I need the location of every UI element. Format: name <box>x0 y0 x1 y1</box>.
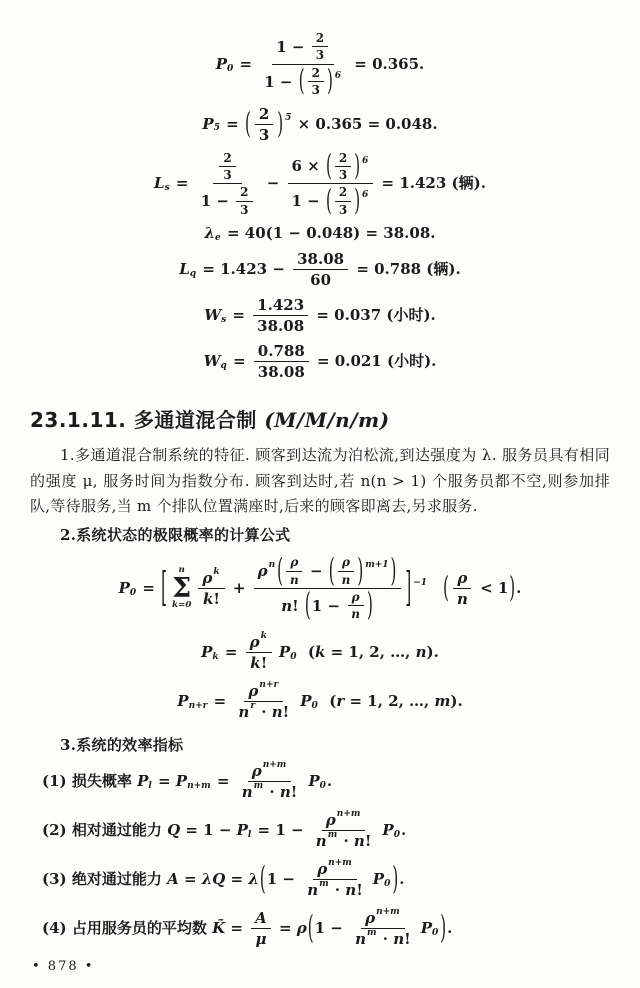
math-it: n <box>242 783 253 801</box>
math-txt: ( <box>319 692 337 711</box>
math-sup: m <box>319 879 329 890</box>
math-txt: 2 <box>339 185 347 199</box>
math-txt: = <box>220 643 243 662</box>
math-big: [ <box>161 568 167 609</box>
math-frac: ρn <box>453 569 472 608</box>
math-it: L <box>154 174 165 193</box>
math-it: A <box>167 870 179 889</box>
paragraph-limit-probability-heading: 2.系统状态的极限概率的计算公式 <box>30 524 610 545</box>
math-txt: 1 − <box>201 192 234 210</box>
math-txt: 38.08 <box>258 363 305 381</box>
math-it: P <box>279 643 290 662</box>
fraction-numerator: ρn+r <box>244 682 283 702</box>
fraction-numerator: ρ <box>348 590 364 606</box>
math-sup: m <box>254 781 264 792</box>
math-txt: 0.788 <box>258 342 305 360</box>
math-sup: m+1 <box>365 560 388 571</box>
efficiency-item-relative-capacity: (2) 相对通过能力 Q = 1 − Pl = 1 − ρn+mnm · n!P… <box>30 811 610 850</box>
fraction-denominator: 3 <box>312 47 328 62</box>
math-txt: 3 <box>339 203 347 217</box>
math-frac: ρn <box>286 555 303 587</box>
equation-Ls-example: Ls = 231 − 23 − 6 × (23)61 − (23)6 = 1.4… <box>30 151 610 218</box>
fraction-numerator: 2 <box>236 185 252 201</box>
fraction-denominator: nm · n! <box>312 831 376 850</box>
textbook-page: P0 = 1 − 231 − (23)6 = 0.365. P5 = (23)5… <box>0 0 640 988</box>
math-it: k <box>315 643 325 662</box>
math-sub: 0 <box>394 830 400 841</box>
math-txt: = <box>212 772 235 791</box>
fraction-numerator: ρn(ρn − (ρn)m+1) <box>254 555 402 589</box>
math-sub: 0 <box>130 588 136 599</box>
math-sub: e <box>215 233 221 244</box>
math-frac: 23 <box>219 151 235 183</box>
math-txt: = <box>171 174 194 193</box>
math-txt: = <box>228 352 251 371</box>
math-txt: = <box>221 115 244 134</box>
math-sub: l <box>148 781 151 792</box>
math-it: ρ <box>252 762 262 780</box>
math-txt: . <box>401 821 406 840</box>
math-frac: 23 <box>308 66 324 98</box>
math-big: ( <box>443 574 449 603</box>
fraction-numerator: ρk <box>246 633 272 653</box>
fraction-numerator: ρn+m <box>248 762 292 782</box>
equation-P5-example: P5 = (23)5 × 0.365 = 0.048. <box>30 105 610 144</box>
math-sub: 0 <box>320 781 326 792</box>
math-sub: s <box>165 183 170 194</box>
math-it: ρ <box>202 569 212 587</box>
fraction-numerator: 6 × (23)6 <box>288 151 374 185</box>
fraction-denominator: 3 <box>335 167 351 182</box>
math-sup: n+m <box>337 809 361 820</box>
math-txt: = 1 − <box>180 821 236 840</box>
fraction-denominator: 3 <box>236 202 252 217</box>
math-it: ρ <box>250 633 260 651</box>
math-frac: ρn+mnm · n! <box>238 762 302 801</box>
math-big: ( <box>326 187 332 216</box>
math-it: n <box>342 573 351 587</box>
math-txt: (4) 占用服务员的平均数 <box>42 919 212 938</box>
page-number: • 878 • <box>30 959 610 974</box>
math-frac: 1 − 231 − (23)6 <box>260 31 346 98</box>
math-it: n <box>238 703 249 721</box>
fraction-denominator: 38.08 <box>253 316 308 335</box>
math-sup: k <box>261 631 267 642</box>
math-it: λQ <box>202 870 226 889</box>
fraction-denominator: 1 − (23)6 <box>260 65 346 98</box>
math-txt: · <box>256 703 272 721</box>
math-txt: = <box>225 919 248 938</box>
math-it: ρ <box>352 590 360 604</box>
math-txt: 3 <box>316 48 324 62</box>
fraction-numerator: 2 <box>308 66 324 82</box>
math-it: n <box>457 590 468 608</box>
math-txt: · <box>378 930 394 948</box>
math-it: n <box>351 607 360 621</box>
math-sub: q <box>190 269 196 280</box>
math-txt: 3 <box>312 83 320 97</box>
math-it: P <box>177 692 188 711</box>
math-txt: 2 <box>223 151 231 165</box>
math-it: n <box>281 597 292 615</box>
math-txt: = 0.788 (辆). <box>351 260 461 279</box>
math-it: n <box>307 881 318 899</box>
math-txt: 3 <box>339 168 347 182</box>
math-txt: = 1.423 (辆). <box>376 174 486 193</box>
math-sub: s <box>221 315 226 326</box>
equation-lambda-eff: λe = 40(1 − 0.048) = 38.08. <box>30 224 610 243</box>
math-txt: 2 <box>259 105 269 123</box>
math-txt: · <box>264 783 280 801</box>
math-txt: 38.08 <box>297 250 344 268</box>
math-frac: 6 × (23)61 − (23)6 <box>288 151 374 218</box>
math-txt: 2 <box>240 185 248 199</box>
equation-Lq-example: Lq = 1.423 − 38.0860 = 0.788 (辆). <box>30 250 610 289</box>
fraction-denominator: n <box>338 572 355 587</box>
fraction-numerator: ρ <box>338 555 354 571</box>
section-kendall-notation: (M/M/n/m) <box>264 408 389 432</box>
math-it: ρ <box>326 811 336 829</box>
math-txt: ! <box>291 783 298 801</box>
math-txt: × 0.365 = 0.048. <box>292 115 437 134</box>
math-sub: 0 <box>227 64 233 75</box>
efficiency-item-absolute-capacity: (3) 绝对通过能力 A = λQ = λ(1 − ρn+mnm · n!P0)… <box>30 860 610 899</box>
math-big: ( <box>305 590 311 622</box>
math-it: k <box>203 590 213 608</box>
math-txt: . <box>327 772 332 791</box>
math-sup: n+m <box>328 858 352 869</box>
math-txt: (2) 相对通过能力 <box>42 821 167 840</box>
math-big: ( <box>277 555 283 587</box>
math-txt: . <box>399 870 404 889</box>
math-frac: 23 <box>312 31 328 63</box>
math-it: n <box>345 881 356 899</box>
fraction-denominator: 60 <box>306 270 335 289</box>
math-txt: < 1 <box>475 579 508 598</box>
math-txt: = 1.423 − <box>197 260 290 279</box>
fraction-numerator: ρn+m <box>313 860 357 880</box>
efficiency-item-loss-probability: (1) 损失概率 Pl = Pn+m = ρn+mnm · n!P0. <box>30 762 610 801</box>
fraction-numerator: 2 <box>312 31 328 47</box>
math-frac: 23 <box>236 185 252 217</box>
math-txt: ! <box>365 832 372 850</box>
math-it: P <box>237 821 248 840</box>
fraction-denominator: nm · n! <box>351 929 415 948</box>
math-txt: = <box>153 772 176 791</box>
math-frac: ρn+mnm · n! <box>312 811 376 850</box>
math-txt: = 40(1 − 0.048) = 38.08. <box>222 224 436 243</box>
math-txt: ! <box>356 881 363 899</box>
worked-example-equations: P0 = 1 − 231 − (23)6 = 0.365. P5 = (23)5… <box>30 24 610 388</box>
math-big: ) <box>391 555 397 587</box>
math-it: μ <box>255 930 266 948</box>
math-frac: 231 − 23 <box>197 151 259 218</box>
math-big: ) <box>509 574 515 603</box>
math-sub: l <box>248 830 251 841</box>
math-txt: = 0.037 (小时). <box>311 306 436 325</box>
math-txt: 1 − <box>267 870 300 889</box>
fraction-numerator: ρn+m <box>361 909 405 929</box>
fraction-denominator: 3 <box>219 167 235 182</box>
fraction-denominator: 3 <box>335 202 351 217</box>
math-frac: 23 <box>255 105 273 144</box>
fraction-denominator: n <box>286 572 303 587</box>
math-it: λ <box>205 224 216 243</box>
math-frac: ρkk! <box>198 569 224 608</box>
math-it: ρ <box>248 682 258 700</box>
fraction-numerator: 0.788 <box>254 342 309 362</box>
fraction-denominator: 38.08 <box>254 362 309 381</box>
math-sub: n+m <box>187 781 211 792</box>
math-frac: ρn+mnm · n! <box>351 909 415 948</box>
formula-P0-general: P0 = [nΣk=0ρkk! + ρn(ρn − (ρn)m+1)n! (1 … <box>30 555 610 622</box>
fraction-denominator: 1 − 23 <box>197 184 259 217</box>
section-title: 多通道混合制 <box>134 408 257 432</box>
math-txt: ! <box>213 590 220 608</box>
math-it: ρ <box>317 860 327 878</box>
math-it: K̄ <box>212 919 225 938</box>
fraction-numerator: 2 <box>255 105 273 125</box>
math-txt: ! <box>283 703 290 721</box>
fraction-denominator: n! (1 − ρn) <box>277 589 378 622</box>
math-txt: 6 × <box>292 157 325 175</box>
math-sup: 6 <box>362 156 368 167</box>
paragraph-system-features: 1.多通道混合制系统的特征. 顾客到达流为泊松流,到达强度为 λ. 服务员具有相… <box>30 443 610 520</box>
math-frac: ρn+rnr · n! <box>234 682 293 721</box>
math-it: n <box>393 930 404 948</box>
math-it: P <box>300 692 311 711</box>
math-it: n <box>272 703 283 721</box>
math-txt: 3 <box>259 126 269 144</box>
math-big: ) <box>354 152 360 181</box>
math-sub: 0 <box>290 652 296 663</box>
math-sub: 0 <box>384 879 390 890</box>
equation-Wq-example: Wq = 0.78838.08 = 0.021 (小时). <box>30 342 610 381</box>
math-txt: = <box>208 692 231 711</box>
math-txt: (1) 损失概率 <box>42 772 137 791</box>
fraction-numerator: 1 − 23 <box>272 31 334 65</box>
math-txt: − <box>262 174 285 193</box>
math-sup: r <box>250 701 255 712</box>
math-txt: 1 − <box>276 38 309 56</box>
math-frac: 0.78838.08 <box>254 342 309 381</box>
math-it: A <box>255 909 267 927</box>
math-txt: + <box>228 579 251 598</box>
math-txt: ( <box>297 643 315 662</box>
math-txt: 3 <box>240 203 248 217</box>
math-txt: 1.423 <box>257 296 304 314</box>
math-it: n <box>290 573 299 587</box>
math-it: Q <box>167 821 180 840</box>
sum-lower-limit: k=0 <box>172 601 191 611</box>
math-it: P <box>202 115 213 134</box>
math-it: m <box>434 692 450 711</box>
math-sum: nΣk=0 <box>172 566 191 611</box>
math-it: P <box>308 772 319 791</box>
math-it: n <box>354 832 365 850</box>
math-txt: ! <box>404 930 411 948</box>
fraction-denominator: k! <box>199 589 224 608</box>
math-sup: n+m <box>376 907 400 918</box>
math-it: k <box>250 654 260 672</box>
efficiency-item-avg-busy-servers: (4) 占用服务员的平均数 K̄ = Aμ = ρ(1 − ρn+mnm · n… <box>30 909 610 948</box>
math-txt: = 1, 2, …, <box>325 643 415 662</box>
fraction-numerator: ρ <box>453 569 471 589</box>
math-frac: 1.42338.08 <box>253 296 308 335</box>
fraction-denominator: μ <box>251 929 270 948</box>
math-txt: 1 − <box>312 597 345 615</box>
math-it: P <box>382 821 393 840</box>
math-frac: ρn <box>338 555 355 587</box>
math-frac: ρn <box>347 590 364 622</box>
equation-P0-example: P0 = 1 − 231 − (23)6 = 0.365. <box>30 31 610 98</box>
math-frac: ρkk! <box>246 633 272 672</box>
math-sub: 0 <box>432 928 438 939</box>
math-it: P <box>373 870 384 889</box>
math-frac: ρn+mnm · n! <box>303 860 367 899</box>
math-txt: = <box>179 870 202 889</box>
math-big: ( <box>329 555 335 587</box>
fraction-denominator: nm · n! <box>303 880 367 899</box>
math-sup: m <box>367 928 377 939</box>
math-txt: = <box>227 306 250 325</box>
fraction-denominator: 3 <box>255 125 273 144</box>
math-it: λ <box>248 870 259 889</box>
math-it: P <box>137 772 148 791</box>
math-it: n <box>416 643 427 662</box>
math-big: ( <box>308 913 314 945</box>
math-it: ρ <box>290 555 298 569</box>
math-it: ρ <box>342 555 350 569</box>
fraction-numerator: 2 <box>219 151 235 167</box>
fraction-denominator: n <box>347 606 364 621</box>
section-number: 23.1.11. <box>30 408 126 432</box>
math-sup: 6 <box>335 71 341 82</box>
math-frac: ρn(ρn − (ρn)m+1)n! (1 − ρn) <box>254 555 402 622</box>
fraction-numerator: A <box>251 909 271 929</box>
fraction-numerator: 1.423 <box>253 296 308 316</box>
math-txt: = 0.365. <box>349 55 424 74</box>
math-txt: 2 <box>312 66 320 80</box>
fraction-numerator: ρn+m <box>322 811 366 831</box>
math-it: n <box>280 783 291 801</box>
math-sub: q <box>220 361 226 372</box>
math-big: ) <box>392 864 398 896</box>
fraction-numerator: ρk <box>198 569 224 589</box>
fraction-denominator: k! <box>246 653 271 672</box>
formula-Pn-plus-r: Pn+r = ρn+rnr · n!P0 (r = 1, 2, …, m). <box>30 682 610 721</box>
fraction-numerator: 2 <box>335 185 351 201</box>
math-frac: Aμ <box>251 909 271 948</box>
math-it: n <box>316 832 327 850</box>
math-big: ( <box>245 110 251 139</box>
math-big: ) <box>367 590 373 622</box>
math-txt: ). <box>450 692 462 711</box>
math-big: ) <box>440 913 446 945</box>
math-it: P <box>216 55 227 74</box>
paragraph-efficiency-heading: 3.系统的效率指标 <box>30 734 610 755</box>
math-it: P <box>176 772 187 791</box>
math-txt: · <box>338 832 354 850</box>
math-sup: n+m <box>263 760 287 771</box>
math-it: L <box>179 260 190 279</box>
math-txt: − <box>305 562 328 580</box>
fraction-denominator: 3 <box>308 82 324 97</box>
math-sub: 0 <box>312 701 318 712</box>
math-txt: ! <box>261 654 268 672</box>
math-frac: 23 <box>335 185 351 217</box>
section-heading: 23.1.11. 多通道混合制 (M/M/n/m) <box>30 404 610 433</box>
fraction-numerator: 2 <box>335 151 351 167</box>
math-big: ) <box>354 187 360 216</box>
math-it: P <box>201 643 212 662</box>
math-sub: 5 <box>214 123 220 134</box>
math-txt: · <box>330 881 346 899</box>
math-sup: k <box>213 567 219 578</box>
math-it: W <box>204 352 221 371</box>
math-it: ρ <box>258 562 268 580</box>
math-it: W <box>204 306 221 325</box>
math-it: n <box>355 930 366 948</box>
fraction-denominator: nr · n! <box>234 702 293 721</box>
fraction-denominator: n <box>453 589 472 608</box>
math-sub: k <box>212 652 218 663</box>
math-txt: = <box>234 55 257 74</box>
math-txt: . <box>447 919 452 938</box>
fraction-denominator: nm · n! <box>238 782 302 801</box>
math-txt: (3) 绝对通过能力 <box>42 870 167 889</box>
math-txt: ! <box>292 597 304 615</box>
math-txt: = <box>274 919 297 938</box>
math-big: ] <box>405 568 411 609</box>
math-sup: n <box>269 560 276 571</box>
math-frac: 38.0860 <box>293 250 348 289</box>
fraction-numerator: 38.08 <box>293 250 348 270</box>
math-txt: 38.08 <box>257 317 304 335</box>
sigma-symbol: Σ <box>172 576 191 602</box>
math-it: P <box>421 919 432 938</box>
math-big: ) <box>277 110 283 139</box>
math-big: ( <box>260 864 266 896</box>
math-it: P <box>119 579 130 598</box>
math-it: r <box>336 692 344 711</box>
math-sup: 6 <box>362 190 368 201</box>
fraction-numerator: ρ <box>286 555 302 571</box>
math-txt: = 1 − <box>252 821 308 840</box>
math-it: ρ <box>297 919 307 938</box>
math-big: ( <box>326 152 332 181</box>
math-txt: 1 − <box>264 73 297 91</box>
math-txt: ). <box>427 643 439 662</box>
math-txt: . <box>516 579 521 598</box>
math-txt: 1 − <box>315 919 348 938</box>
math-big: ) <box>357 555 363 587</box>
math-txt: = <box>225 870 248 889</box>
math-sup: m <box>328 830 338 841</box>
math-txt: 1 − <box>292 192 325 210</box>
equation-Ws-example: Ws = 1.42338.08 = 0.037 (小时). <box>30 296 610 335</box>
math-sup: −1 <box>413 578 427 589</box>
math-frac: 23 <box>335 151 351 183</box>
math-sub: n+r <box>189 701 208 712</box>
math-it: ρ <box>457 569 467 587</box>
math-it: ρ <box>365 909 375 927</box>
math-txt: = <box>137 579 160 598</box>
math-txt: 2 <box>316 31 324 45</box>
math-sup: 5 <box>285 113 291 124</box>
math-txt: 2 <box>339 151 347 165</box>
math-big: ( <box>299 67 305 96</box>
